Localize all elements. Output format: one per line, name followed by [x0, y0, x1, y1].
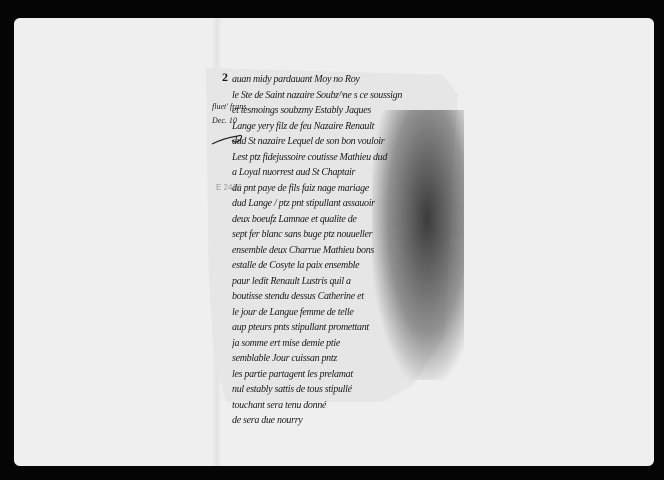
text-line: dud Lange / ptz pnt stipullant assauoir: [232, 196, 442, 212]
text-line: boutisse stendu dessus Catherine et: [232, 289, 442, 305]
text-line: les partie partagent les prelamat: [232, 367, 442, 383]
text-line: et tesmoings soubzmy Estably Jaques: [232, 103, 442, 119]
text-line: Lest ptz fidejussoire coutisse Mathieu d…: [232, 150, 442, 166]
text-line: le Ste de Saint nazaire Soubz^ne s ce so…: [232, 88, 442, 104]
text-line: dud St nazaire Lequel de son bon vouloir: [232, 134, 442, 150]
text-line: auan midy pardauant Moy no Roy: [232, 72, 442, 88]
folio-number: 2: [222, 70, 228, 85]
text-line: ja somme ert mise demie ptie: [232, 336, 442, 352]
text-line: de sera due nourry: [232, 413, 442, 429]
text-line: le jour de Langue femme de telle: [232, 305, 442, 321]
text-line: touchant sera tenu donné: [232, 398, 442, 414]
text-line: ensemble deux Charrue Mathieu bons: [232, 243, 442, 259]
text-line: Lange yery filz de feu Nazaire Renault: [232, 119, 442, 135]
text-line: deux boeufz Lamnae et qualite de: [232, 212, 442, 228]
manuscript-text: auan midy pardauant Moy no Roy le Ste de…: [232, 72, 442, 429]
text-line: semblable Jour cuissan pntz: [232, 351, 442, 367]
text-line: estalle de Cosyte la paix ensemble: [232, 258, 442, 274]
text-line: aup pteurs pnts stipullant promettant: [232, 320, 442, 336]
text-line: sept fer blanc sans buge ptz nouueller: [232, 227, 442, 243]
text-line: paur ledit Renault Lustris quil a: [232, 274, 442, 290]
text-line: nul estably sattis de tous stipullé: [232, 382, 442, 398]
text-line: du pnt paye de fils faiz nage mariage: [232, 181, 442, 197]
text-line: a Loyal nuorrest aud St Chaptair: [232, 165, 442, 181]
